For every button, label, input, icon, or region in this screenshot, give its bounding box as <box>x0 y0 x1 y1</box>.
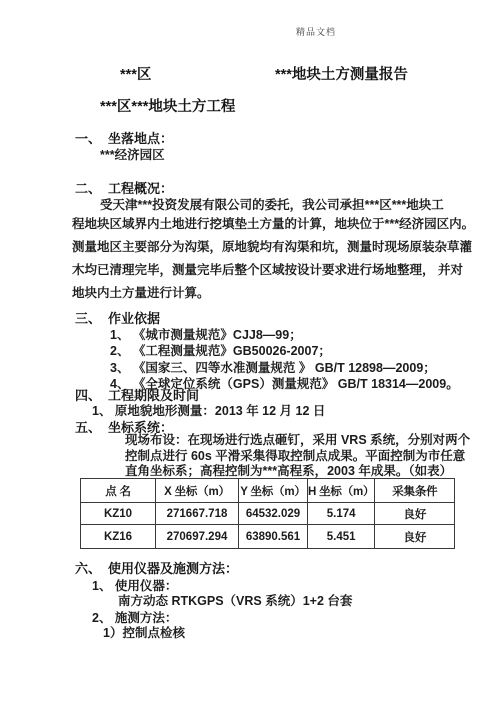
section-6-item-2: 2、 施测方法： <box>92 611 177 627</box>
section-2-indent-line: 受天津***投资发展有限公司的委托，我公司承担***区***地块工 <box>100 198 444 214</box>
section-4-item-1: 1、 原地貌地形测量：2013 年 12 月 12 日 <box>92 404 325 420</box>
table-header-y-coord: Y 坐标（m） <box>239 479 308 503</box>
table-header-h-coord: H 坐标（m） <box>308 479 375 503</box>
section-5-number: 五、 <box>75 420 101 435</box>
section-3-heading: 三、作业依据 <box>75 311 160 327</box>
section-2-paragraph-line-2: 测量地区主要部分为沟渠，原地貌均有沟渠和坑，测量时现场原装杂草灌 <box>72 236 474 259</box>
table-cell-h-coord: 5.451 <box>308 525 375 549</box>
table-cell-y-coord: 64532.029 <box>239 503 308 525</box>
section-2-paragraph-line-1: 程地块区域界内土地进行挖填垫土方量的计算，地块位于***经济园区内。 <box>72 213 474 236</box>
table-cell-point-name: KZ10 <box>81 503 156 525</box>
table-cell-condition: 良好 <box>375 525 455 549</box>
doc-title-report: ***地块土方测量报告 <box>275 66 408 84</box>
watermark-label: 精品文档 <box>296 27 336 38</box>
section-2-number: 二、 <box>75 181 101 196</box>
section-4-title: 工程期限及时间 <box>108 388 199 403</box>
section-2-paragraph-line-4: 地块内土方量进行计算。 <box>72 282 474 305</box>
section-2-heading: 二、工程概况： <box>75 181 173 197</box>
section-3-number: 三、 <box>75 311 101 326</box>
section-6-item-1-detail: 南方动态 RTKGPS（VRS 系统）1+2 台套 <box>118 594 352 610</box>
doc-title-region: ***区 <box>120 66 151 84</box>
table-cell-h-coord: 5.174 <box>308 503 375 525</box>
section-1-heading: 一、坐落地点： <box>75 131 173 147</box>
section-5-paragraph-line-2: 控制点进行 60s 平滑采集得取控制点成果。平面控制为市任意 <box>125 449 470 465</box>
section-6-item-1: 1、 使用仪器： <box>92 579 177 595</box>
section-3-item-2: 2、 《工程测量规范》GB50026-2007； <box>110 344 331 360</box>
section-1-number: 一、 <box>75 131 101 146</box>
table-row: KZ10 271667.718 64532.029 5.174 良好 <box>81 503 455 525</box>
section-6-heading: 六、使用仪器及施测方法： <box>75 561 238 577</box>
table-row: KZ16 270697.294 63890.561 5.451 良好 <box>81 525 455 549</box>
table-header-condition: 采集条件 <box>375 479 455 503</box>
section-4-heading: 四、工程期限及时间 <box>75 388 199 404</box>
table-cell-x-coord: 270697.294 <box>156 525 239 549</box>
table-cell-x-coord: 271667.718 <box>156 503 239 525</box>
section-5-paragraph: 现场布设：在现场进行选点砸钉，采用 VRS 系统，分别对两个 控制点进行 60s… <box>125 433 470 480</box>
table-header-point-name: 点 名 <box>81 479 156 503</box>
table-cell-condition: 良好 <box>375 503 455 525</box>
section-1-line: ***经济园区 <box>100 148 165 164</box>
section-3-item-1: 1、 《城市测量规范》CJJ8—99； <box>110 328 302 344</box>
doc-subtitle: ***区***地块土方工程 <box>100 98 235 116</box>
table-header-row: 点 名 X 坐标（m） Y 坐标（m） H 坐标（m） 采集条件 <box>81 479 455 503</box>
section-6-title: 使用仪器及施测方法： <box>108 561 238 576</box>
section-6-number: 六、 <box>75 561 101 576</box>
section-2-title: 工程概况： <box>108 181 173 196</box>
table-header-x-coord: X 坐标（m） <box>156 479 239 503</box>
section-6-item-2-detail: 1）控制点检核 <box>103 626 185 642</box>
table-cell-point-name: KZ16 <box>81 525 156 549</box>
section-4-number: 四、 <box>75 388 101 403</box>
section-3-item-3: 3、 《国家三、四等水准测量规范 》 GB/T 12898—2009； <box>110 361 436 377</box>
table-cell-y-coord: 63890.561 <box>239 525 308 549</box>
control-points-table: 点 名 X 坐标（m） Y 坐标（m） H 坐标（m） 采集条件 KZ10 27… <box>80 478 455 549</box>
section-5-paragraph-line-1: 现场布设：在现场进行选点砸钉，采用 VRS 系统，分别对两个 <box>125 433 470 449</box>
section-2-paragraph-line-3: 木均已清理完毕，测量完毕后整个区域按设计要求进行场地整理， 并对 <box>72 259 474 282</box>
section-1-title: 坐落地点： <box>108 131 173 146</box>
section-3-title: 作业依据 <box>108 311 160 326</box>
document-page: 精品文档 ***区 ***地块土方测量报告 ***区***地块土方工程 一、坐落… <box>0 0 500 707</box>
section-2-paragraph: 程地块区域界内土地进行挖填垫土方量的计算，地块位于***经济园区内。 测量地区主… <box>72 213 474 305</box>
